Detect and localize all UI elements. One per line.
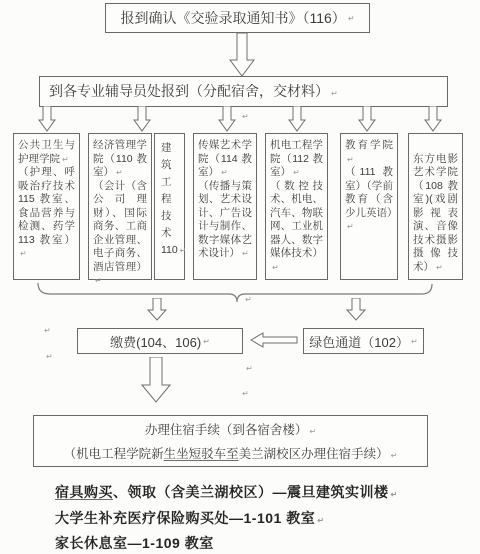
scanned-flowchart-page: 报到确认《交验录取通知书》（116）↵ 到各专业辅导员处报到（分配宿舍，交材料）…	[0, 0, 480, 554]
down-arrow-icon	[133, 106, 151, 132]
dept-majors: （护理、呼吸治疗技术 115 教室、食品营养与检测、药学 113 教室）↵	[18, 166, 75, 261]
paragraph-mark-icon: ↵	[242, 389, 249, 398]
green-channel-box: 绿色通道（102）↵	[303, 328, 424, 354]
underlined-text: 宿具购买	[55, 484, 113, 500]
down-arrow-icon	[229, 33, 255, 77]
paragraph-mark-icon: ↵	[46, 352, 53, 361]
step1-label: 报到确认《交验录取通知书》（116）	[120, 8, 345, 28]
curly-brace	[30, 281, 450, 305]
dormitory-line1: 办理住宿手续（到各宿舍楼）↵	[34, 419, 427, 443]
down-arrow-icon	[218, 106, 236, 132]
down-arrow-icon	[38, 106, 56, 132]
dept-box-mechatronics-engineering: 机电工程学院（112 教室）↵ （数控技术、机电、汽车、物联网、工业机器人、数字…	[265, 133, 328, 280]
note-parents-lounge: 家长休息室—1-109 教室	[55, 533, 214, 553]
paragraph-mark-icon: ↵	[293, 168, 300, 177]
down-arrow-icon	[147, 298, 167, 321]
paragraph-mark-icon: ↵	[272, 263, 279, 272]
down-arrow-icon	[358, 106, 376, 132]
paragraph-mark-icon: ↵	[411, 337, 418, 346]
down-arrow-icon	[288, 106, 306, 132]
dept-majors: 东方电影艺术学院（108 教室)(戏剧影视表演、音像技术摄影摄像技术）↵	[413, 153, 458, 275]
dept-name: 公共卫生与护理学院↵	[18, 139, 75, 166]
dept-majors: 110↵	[161, 242, 178, 259]
dept-name: 机电工程学院（112 教室）↵	[270, 139, 323, 180]
dept-majors: （传播与策划、艺术设计、广告设计与制作、数字媒体艺术设计）↵	[198, 180, 252, 261]
dept-majors: （111 教室）（学前教育（含少儿英语）↵	[345, 166, 393, 234]
paragraph-mark-icon: ↵	[242, 249, 249, 258]
dormitory-box: 办理住宿手续（到各宿舍楼）↵ （机电工程学院新生坐短驳车至美兰湖校区办理住宿手续…	[33, 415, 428, 467]
down-arrow-icon	[424, 106, 442, 132]
dept-majors: （会计（含公司理财）、国际商务、工商企业管理、电子商务、酒店管理）↵	[93, 180, 147, 288]
left-arrow-icon	[250, 332, 298, 349]
paragraph-mark-icon: ↵	[180, 246, 187, 255]
paragraph-mark-icon: ↵	[242, 112, 249, 121]
green-channel-label: 绿色通道（102）	[309, 332, 409, 351]
paragraph-mark-icon: ↵	[221, 168, 228, 177]
underlined-text: 生坐短驳车至	[164, 447, 239, 461]
payment-box: 缴费(104、106)↵	[77, 328, 243, 354]
dept-name: 教育学院↵	[345, 139, 393, 166]
paragraph-mark-icon: ↵	[348, 14, 355, 23]
dept-name: 传媒艺术学院（114 教室）↵	[198, 139, 252, 180]
paragraph-mark-icon: ↵	[203, 337, 210, 346]
paragraph-mark-icon: ↵	[436, 263, 443, 272]
dormitory-line2: （机电工程学院新生坐短驳车至美兰湖校区办理住宿手续）↵	[34, 443, 427, 467]
paragraph-mark-icon: ↵	[245, 295, 252, 304]
dept-majors: （数控技术、机电、汽车、物联网、工业机器人、数字媒体技术）↵	[270, 180, 323, 275]
paragraph-mark-icon: ↵	[20, 249, 27, 258]
dept-name: 经济管理学院（110 教室）↵	[93, 139, 147, 180]
dept-box-oriental-film-arts: 东方电影艺术学院（108 教室)(戏剧影视表演、音像技术摄影摄像技术）↵	[408, 133, 463, 280]
dept-name: 建筑工程技术	[161, 140, 178, 242]
paragraph-mark-icon: ↵	[317, 516, 324, 525]
note-medical-insurance: 大学生补充医疗保险购买处—1-101 教室↵	[55, 508, 324, 528]
down-arrow-icon	[141, 357, 171, 403]
step2-label: 到各专业辅导员处报到（分配宿舍，交材料）	[49, 83, 329, 99]
paragraph-mark-icon: ↵	[331, 89, 338, 98]
paragraph-mark-icon: ↵	[116, 168, 123, 177]
dept-box-construction-engineering: 建筑工程技术 110↵	[154, 133, 185, 280]
paragraph-mark-icon: ↵	[347, 155, 354, 164]
paragraph-mark-icon: ↵	[44, 326, 51, 335]
dept-box-media-arts: 传媒艺术学院（114 教室）↵ （传播与策划、艺术设计、广告设计与制作、数字媒体…	[193, 133, 257, 280]
step1-box: 报到确认《交验录取通知书》（116）↵	[105, 3, 370, 33]
payment-label: 缴费(104、106)	[110, 332, 201, 351]
down-arrow-icon	[346, 298, 366, 321]
dept-box-public-health-nursing: 公共卫生与护理学院↵ （护理、呼吸治疗技术 115 教室、食品营养与检测、药学 …	[13, 133, 80, 280]
paragraph-mark-icon: ↵	[309, 427, 316, 436]
dept-box-economics-management: 经济管理学院（110 教室）↵ （会计（含公司理财）、国际商务、工商企业管理、电…	[88, 133, 152, 280]
paragraph-mark-icon: ↵	[62, 155, 69, 164]
paragraph-mark-icon: ↵	[246, 364, 253, 373]
note-bedding-purchase: 宿具购买、领取（含美兰湖校区）—震旦建筑实训楼↵	[55, 482, 398, 502]
paragraph-mark-icon: ↵	[391, 451, 398, 460]
dept-name	[413, 139, 458, 153]
paragraph-mark-icon: ↵	[347, 222, 354, 231]
paragraph-mark-icon: ↵	[391, 490, 398, 499]
step2-box: 到各专业辅导员处报到（分配宿舍，交材料）↵	[39, 76, 448, 107]
dept-box-education: 教育学院↵ （111 教室）（学前教育（含少儿英语）↵	[340, 133, 398, 280]
